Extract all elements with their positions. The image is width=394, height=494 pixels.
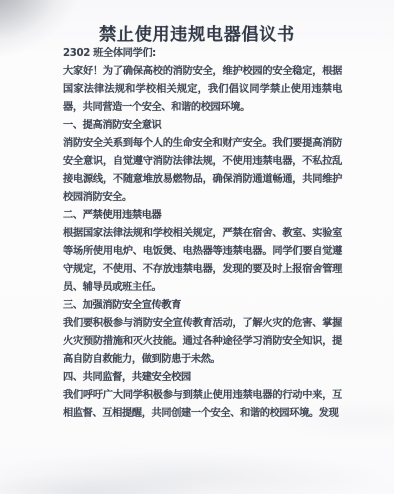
section-2: 二、严禁使用违禁电器 根据国家法律法规和学校相关规定，严禁在宿舍、教室、实验室等… — [63, 207, 342, 297]
section-4-heading: 四、共同监督，共建安全校园 — [63, 369, 342, 387]
section-2-body: 根据国家法律法规和学校相关规定，严禁在宿舍、教室、实验室等场所使用电炉、电饭煲、… — [63, 225, 342, 297]
section-1-heading: 一、提高消防安全意识 — [63, 117, 342, 135]
section-1: 一、提高消防安全意识 消防安全关系到每个人的生命安全和财产安全。我们要提高消防安… — [63, 117, 342, 207]
section-3-body: 我们要积极参与消防安全宣传教育活动，了解火灾的危害、掌握火灾预防措施和灭火技能。… — [63, 315, 342, 369]
section-3-heading: 三、加强消防安全宣传教育 — [63, 297, 342, 315]
section-4-body: 我们呼吁广大同学积极参与到禁止使用违禁电器的行动中来，互相监督、互相提醒，共同创… — [63, 387, 342, 423]
intro-paragraph: 大家好！为了确保高校的消防安全，维护校园的安全稳定，根据国家法律法规和学校相关规… — [63, 63, 342, 117]
document-photo: 禁止使用违规电器倡议书 2302 班全体同学们: 大家好！为了确保高校的消防安全… — [0, 0, 394, 494]
section-1-body: 消防安全关系到每个人的生命安全和财产安全。我们要提高消防安全意识，自觉遵守消防法… — [63, 135, 342, 207]
section-4: 四、共同监督，共建安全校园 我们呼吁广大同学积极参与到禁止使用违禁电器的行动中来… — [63, 369, 342, 423]
document-title: 禁止使用违规电器倡议书 — [0, 20, 394, 45]
document-body: 2302 班全体同学们: 大家好！为了确保高校的消防安全，维护校园的安全稳定，根… — [63, 45, 342, 423]
salutation-line: 2302 班全体同学们: — [63, 45, 342, 63]
section-3: 三、加强消防安全宣传教育 我们要积极参与消防安全宣传教育活动，了解火灾的危害、掌… — [63, 297, 342, 369]
section-2-heading: 二、严禁使用违禁电器 — [63, 207, 342, 225]
